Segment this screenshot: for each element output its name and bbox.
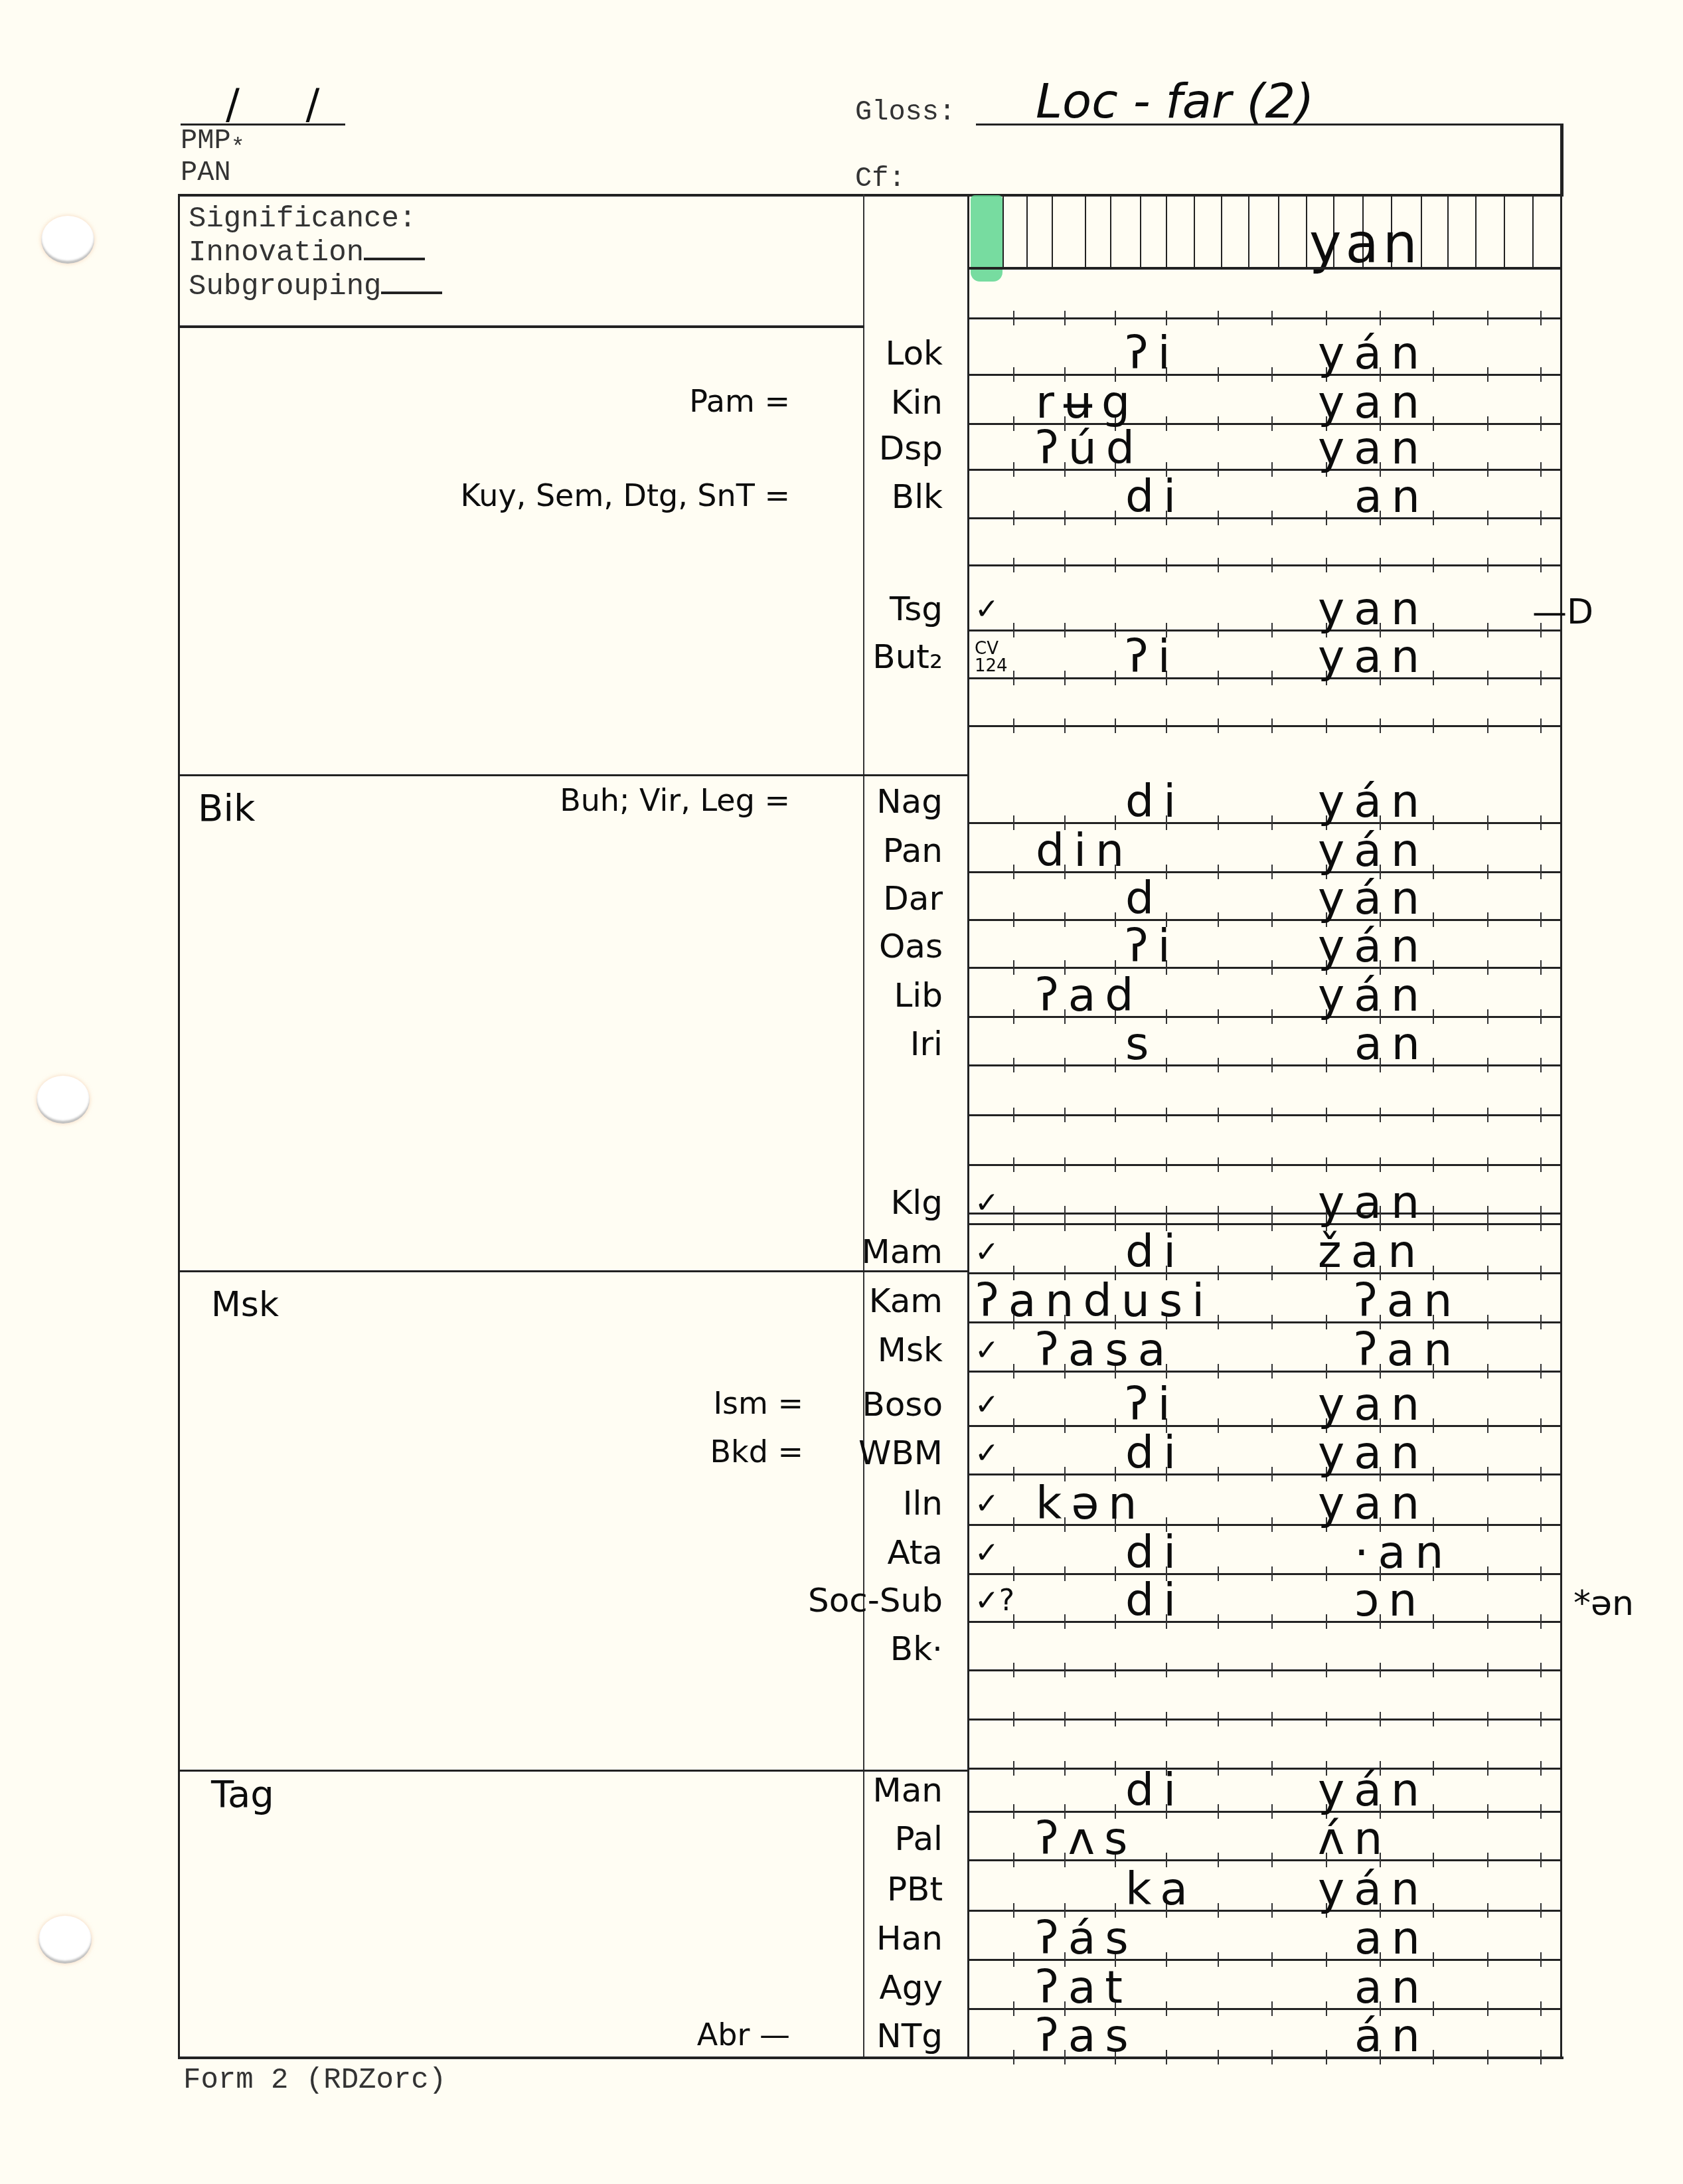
tick-mark [1433, 1853, 1434, 1867]
tick-mark [1433, 623, 1434, 637]
language-code: Kin [891, 383, 943, 422]
tick-mark [1540, 367, 1542, 382]
tick-mark [1166, 416, 1167, 431]
tick-mark [1218, 1009, 1219, 1024]
tick-mark [1540, 1614, 1542, 1629]
tick-mark [1013, 462, 1014, 477]
tick-mark [1540, 671, 1542, 685]
tick-mark [1218, 1266, 1219, 1280]
group-label-msk: Msk [211, 1285, 279, 1325]
pan-label: PAN [181, 157, 231, 189]
tick-mark [1271, 367, 1273, 382]
form-prefix[interactable]: ʔad [1036, 969, 1143, 1022]
tick-mark [1271, 912, 1273, 927]
language-code: Agy [879, 1968, 943, 2007]
tick-mark [1166, 2050, 1167, 2064]
form-root[interactable]: an [1354, 471, 1429, 523]
tick-mark [1540, 1712, 1542, 1726]
tick-mark [1115, 1418, 1116, 1433]
cf-box-right [1560, 124, 1563, 197]
form-prefix[interactable]: ʔandusi [976, 1275, 1214, 1327]
tick-mark [1013, 1663, 1014, 1677]
form-root[interactable]: yán [1318, 825, 1429, 877]
tick-mark [1487, 2050, 1488, 2064]
tick-mark [1271, 1315, 1273, 1329]
tick-mark [1540, 1804, 1542, 1819]
tick-mark [1380, 558, 1381, 572]
tick-mark [1487, 367, 1488, 382]
tick-mark [1013, 1804, 1014, 1819]
tick-mark [1064, 1058, 1066, 1072]
form-prefix[interactable]: di [1125, 1527, 1185, 1579]
language-code: Dsp [879, 429, 943, 467]
tick-mark [1487, 1467, 1488, 1481]
tick-mark [1380, 1663, 1381, 1677]
tick-mark [1271, 1952, 1273, 1967]
form-root[interactable]: ʌ́n [1318, 1813, 1392, 1865]
check-mark: ✓ [975, 1436, 999, 1470]
tick-mark [1115, 511, 1116, 525]
tick-mark [1218, 1566, 1219, 1581]
form-prefix[interactable]: ʔás [1036, 1912, 1138, 1965]
header-cell-divider [1166, 195, 1167, 267]
form-prefix[interactable]: di [1125, 471, 1185, 523]
tick-mark [1540, 416, 1542, 431]
row-line [967, 317, 1562, 319]
section-divider-msk [178, 1270, 968, 1272]
tick-mark [1013, 416, 1014, 431]
tick-mark [1218, 1517, 1219, 1532]
tick-mark [1218, 1663, 1219, 1677]
gloss-underline [976, 124, 1563, 126]
tick-mark [1013, 1761, 1014, 1776]
binder-hole-bottom [39, 1916, 92, 1964]
row-line [967, 1669, 1562, 1671]
tick-mark [1115, 1157, 1116, 1172]
header-cell-divider [1221, 195, 1222, 267]
tick-mark [1013, 1952, 1014, 1967]
tick-mark [1013, 1108, 1014, 1122]
header-cell-divider [1306, 195, 1307, 267]
tick-mark [1064, 1761, 1066, 1776]
tick-mark [1218, 367, 1219, 382]
binder-hole-top [41, 216, 94, 264]
row-line [967, 517, 1562, 519]
language-code: Iln [903, 1484, 943, 1523]
language-code: Msk [878, 1331, 943, 1369]
innovation-text: Innovation [189, 236, 364, 270]
tick-mark [1433, 1467, 1434, 1481]
tick-mark [1540, 1903, 1542, 1918]
tick-mark [1271, 623, 1273, 637]
tick-mark [1487, 1952, 1488, 1967]
tick-mark [1540, 1315, 1542, 1329]
tick-mark [1013, 718, 1014, 733]
form-root[interactable]: ·an [1354, 1527, 1453, 1579]
row-line [967, 725, 1562, 727]
tick-mark [1218, 815, 1219, 830]
row-line [967, 374, 1562, 376]
form-prefix[interactable]: ʔi [1125, 1379, 1180, 1431]
tick-mark [1166, 1009, 1167, 1024]
row-line [967, 1114, 1562, 1116]
tick-mark [1433, 1952, 1434, 1967]
tick-mark [1487, 623, 1488, 637]
check-mark: ✓? [975, 1584, 1014, 1618]
innovation-blank[interactable] [364, 258, 425, 260]
language-alias: Ism = [713, 1385, 803, 1421]
tick-mark [1326, 2001, 1327, 2016]
form-root[interactable]: án [1354, 2010, 1429, 2062]
tick-mark [1271, 1712, 1273, 1726]
tick-mark [1218, 558, 1219, 572]
gloss-value[interactable]: Loc - far (2) [1036, 73, 1314, 129]
form-root[interactable]: yán [1318, 969, 1429, 1022]
tick-mark [1326, 1712, 1327, 1726]
tick-mark [1218, 623, 1219, 637]
tick-mark [1115, 311, 1116, 325]
tick-mark [1433, 1663, 1434, 1677]
significance-title: Significance: [189, 203, 416, 236]
tick-mark [1271, 1903, 1273, 1918]
tick-mark [1013, 960, 1014, 975]
form-prefix[interactable]: ʔi [1125, 327, 1180, 380]
form-prefix[interactable]: d [1125, 873, 1163, 925]
form-prefix[interactable]: ʔúd [1036, 422, 1144, 475]
tick-mark [1166, 718, 1167, 733]
tick-mark [1218, 2050, 1219, 2064]
tick-mark [1433, 558, 1434, 572]
tick-mark [1540, 462, 1542, 477]
tick-mark [1433, 1058, 1434, 1072]
form-prefix[interactable]: ka [1125, 1863, 1197, 1916]
tick-mark [1271, 960, 1273, 975]
language-alias: Abr — [697, 2017, 790, 2053]
tick-mark [1115, 1761, 1116, 1776]
tick-mark [1540, 1517, 1542, 1532]
form-root[interactable]: yán [1318, 327, 1429, 380]
form-root[interactable]: yán [1318, 873, 1429, 925]
form-prefix[interactable]: rʉg [1036, 377, 1139, 429]
tick-mark [1064, 1157, 1066, 1172]
tick-mark [1218, 1761, 1219, 1776]
tick-mark [1326, 1566, 1327, 1581]
tick-mark [1218, 865, 1219, 879]
tick-mark [1166, 1712, 1167, 1726]
form-root[interactable]: yán [1318, 776, 1429, 828]
tick-mark [1487, 1009, 1488, 1024]
tick-mark [1433, 2050, 1434, 2064]
tick-mark [1013, 865, 1014, 879]
tick-mark [1218, 511, 1219, 525]
tick-mark [1433, 1108, 1434, 1122]
tick-mark [1326, 511, 1327, 525]
tick-mark [1218, 718, 1219, 733]
tick-mark [1540, 1364, 1542, 1379]
form-root[interactable]: yan [1318, 583, 1429, 635]
tick-mark [1433, 960, 1434, 975]
form-prefix[interactable]: din [1036, 825, 1133, 877]
language-code: Dar [883, 879, 943, 918]
tick-mark [1433, 416, 1434, 431]
form-root[interactable]: yan [1318, 1427, 1429, 1479]
row-line [967, 1573, 1562, 1575]
group-label-tag: Tag [211, 1773, 274, 1816]
tick-mark [1271, 1853, 1273, 1867]
check-mark: ✓ [975, 1186, 999, 1220]
language-code: Lok [885, 334, 943, 373]
form-root[interactable]: yán [1318, 1863, 1429, 1916]
tick-mark [1487, 1761, 1488, 1776]
tick-mark [1487, 1157, 1488, 1172]
gloss-label: Gloss: [855, 96, 955, 128]
row-line [967, 1768, 1562, 1770]
form-prefix[interactable]: ʔʌs [1036, 1813, 1137, 1865]
language-alias: Pam = [689, 383, 790, 419]
tick-mark [1013, 1418, 1014, 1433]
tick-mark [1013, 2050, 1014, 2064]
tick-mark [1380, 1108, 1381, 1122]
tick-mark [1433, 1712, 1434, 1726]
tick-mark [1433, 1009, 1434, 1024]
tick-mark [1487, 2001, 1488, 2016]
form-prefix[interactable]: ʔi [1125, 920, 1180, 973]
form-root[interactable]: an [1354, 1962, 1429, 2014]
tick-mark [1013, 1517, 1014, 1532]
header-cell-divider [1026, 195, 1028, 267]
form-root[interactable]: ʔan [1354, 1324, 1461, 1377]
tick-mark [1540, 1009, 1542, 1024]
tick-mark [1433, 718, 1434, 733]
row-line [967, 1223, 1562, 1225]
tick-mark [1271, 1157, 1273, 1172]
tick-mark [1487, 511, 1488, 525]
binder-hole-middle [37, 1076, 90, 1124]
form-root[interactable]: yán [1318, 920, 1429, 973]
language-code: Han [876, 1919, 943, 1958]
header-cell-divider [1447, 195, 1449, 267]
tick-mark [1540, 1266, 1542, 1280]
tick-mark [1540, 511, 1542, 525]
tick-mark [1013, 623, 1014, 637]
row-line [967, 1213, 1562, 1215]
header-cell-divider [1532, 195, 1534, 267]
header-cell-divider [1475, 195, 1477, 267]
form-root[interactable]: yan [1318, 631, 1429, 683]
language-code: WBM [858, 1434, 943, 1472]
tick-mark [1166, 1952, 1167, 1967]
form-prefix[interactable]: di [1125, 1574, 1185, 1627]
tick-mark [1013, 912, 1014, 927]
tick-mark [1433, 1157, 1434, 1172]
form-root[interactable]: yan [1318, 377, 1429, 429]
form-root[interactable]: yan [1318, 1177, 1429, 1229]
form-prefix[interactable]: di [1125, 1764, 1185, 1817]
language-code: NTg [876, 2017, 943, 2055]
tick-mark [1540, 558, 1542, 572]
tick-mark [1064, 718, 1066, 733]
tick-mark [1326, 2050, 1327, 2064]
tick-mark [1115, 623, 1116, 637]
row-line [967, 1164, 1562, 1166]
tick-mark [1326, 1952, 1327, 1967]
tick-mark [1064, 1418, 1066, 1433]
tick-mark [1218, 1108, 1219, 1122]
tick-mark [1433, 865, 1434, 879]
form-prefix[interactable]: kən [1036, 1477, 1146, 1530]
tick-mark [1064, 311, 1066, 325]
tick-mark [1326, 1614, 1327, 1629]
tick-mark [1380, 1157, 1381, 1172]
tick-mark [1064, 1566, 1066, 1581]
tick-mark [1487, 1058, 1488, 1072]
form-prefix[interactable]: s [1125, 1018, 1158, 1070]
tick-mark [1013, 671, 1014, 685]
tick-mark [1271, 1517, 1273, 1532]
tick-mark [1218, 1903, 1219, 1918]
language-code: Kam [869, 1282, 943, 1320]
language-code: Lib [894, 976, 943, 1015]
form-root[interactable]: ʔan [1354, 1275, 1461, 1327]
tick-mark [1487, 1315, 1488, 1329]
tick-mark [1218, 1418, 1219, 1433]
tick-mark [1166, 1058, 1167, 1072]
tick-mark [1271, 416, 1273, 431]
tick-mark [1064, 1217, 1066, 1231]
form-prefix[interactable]: di [1125, 1427, 1185, 1479]
form-root[interactable]: an [1354, 1018, 1429, 1070]
data-grid-left-border [967, 194, 969, 2058]
section-divider-tag [178, 1770, 968, 1772]
tick-mark [1218, 1712, 1219, 1726]
tick-mark [1540, 311, 1542, 325]
tick-mark [1271, 1614, 1273, 1629]
tick-mark [1115, 558, 1116, 572]
tick-mark [1166, 2001, 1167, 2016]
row-line [967, 1910, 1562, 1912]
tick-mark [1433, 367, 1434, 382]
form-prefix[interactable]: di [1125, 1226, 1185, 1278]
check-mark: ✓ [975, 1235, 999, 1269]
tick-mark [1271, 865, 1273, 879]
reconstruction-form: yan [1309, 212, 1421, 276]
form-prefix[interactable]: ʔat [1036, 1962, 1132, 2014]
tick-mark [1271, 311, 1273, 325]
check-mark: ✓ [975, 1333, 999, 1367]
tick-mark [1271, 2050, 1273, 2064]
check-mark: ✓ [975, 592, 999, 626]
form-prefix[interactable]: di [1125, 776, 1185, 828]
form-root[interactable]: yán [1318, 1764, 1429, 1817]
language-code: Blk [892, 477, 943, 516]
tick-mark [1487, 1517, 1488, 1532]
tick-mark [1218, 2001, 1219, 2016]
tick-mark [1433, 1761, 1434, 1776]
tick-mark [1218, 1157, 1219, 1172]
tick-mark [1487, 1804, 1488, 1819]
tick-mark [1218, 960, 1219, 975]
header-cell-divider [1002, 195, 1004, 267]
header-cell-divider [1110, 195, 1111, 267]
row-line [967, 967, 1562, 969]
tick-mark [1271, 718, 1273, 733]
form-root[interactable]: yan [1318, 1379, 1429, 1431]
language-alias: Buh; Vir, Leg = [560, 782, 790, 818]
tick-mark [1013, 1566, 1014, 1581]
row-line [967, 677, 1562, 679]
tick-mark [1540, 718, 1542, 733]
tick-mark [1064, 1108, 1066, 1122]
language-code: But₂ [872, 637, 943, 676]
tick-mark [1013, 311, 1014, 325]
tick-mark [1115, 1058, 1116, 1072]
tick-mark [1013, 1217, 1014, 1231]
tick-mark [1064, 511, 1066, 525]
tick-mark [1218, 1364, 1219, 1379]
tick-mark [1380, 1712, 1381, 1726]
tick-mark [1487, 1663, 1488, 1677]
tick-mark [1326, 1058, 1327, 1072]
tick-mark [1064, 1712, 1066, 1726]
tick-mark [1064, 1663, 1066, 1677]
tick-mark [1115, 1663, 1116, 1677]
form-prefix[interactable]: ʔas [1036, 2010, 1138, 2062]
form-root[interactable]: an [1354, 1912, 1429, 1965]
form-root[interactable]: yan [1318, 1477, 1429, 1530]
form-root[interactable]: ɔn [1354, 1574, 1426, 1627]
tick-mark [1013, 2001, 1014, 2016]
tick-mark [1540, 2050, 1542, 2064]
margin-note: *ən [1573, 1584, 1634, 1624]
language-code: Boso [862, 1385, 943, 1424]
tick-mark [1115, 671, 1116, 685]
tick-mark [1271, 1364, 1273, 1379]
tick-mark [1271, 1108, 1273, 1122]
language-alias: Kuy, Sem, Dtg, SnT = [460, 477, 790, 513]
tick-mark [1115, 1108, 1116, 1122]
row-line [967, 1272, 1562, 1274]
subgrouping-blank[interactable] [381, 292, 442, 294]
tick-mark [1433, 671, 1434, 685]
innovation-label: Innovation [189, 236, 425, 270]
tick-mark [1540, 1217, 1542, 1231]
tick-mark [1540, 912, 1542, 927]
tick-mark [1064, 1614, 1066, 1629]
form-root[interactable]: yan [1318, 422, 1429, 475]
tick-mark [1271, 462, 1273, 477]
language-code: Soc-Sub [808, 1581, 943, 1620]
language-code: Klg [891, 1183, 943, 1222]
tick-mark [1433, 1804, 1434, 1819]
tick-mark [1487, 311, 1488, 325]
tick-mark [1115, 1566, 1116, 1581]
language-code: Ata [887, 1533, 943, 1572]
tick-mark [1487, 1903, 1488, 1918]
header-cell-divider [1248, 195, 1249, 267]
tick-mark [1487, 671, 1488, 685]
tick-mark [1326, 1157, 1327, 1172]
tick-mark [1218, 462, 1219, 477]
pmp-star: * [231, 135, 245, 161]
language-code: Pan [883, 831, 943, 870]
form-prefix[interactable]: ʔasa [1036, 1324, 1174, 1377]
table-right-border [1560, 194, 1562, 2058]
tick-mark [1540, 1157, 1542, 1172]
form-root[interactable]: žan [1318, 1226, 1425, 1278]
form-prefix[interactable]: ʔi [1125, 631, 1180, 683]
tick-mark [1115, 718, 1116, 733]
tick-mark [1326, 1108, 1327, 1122]
